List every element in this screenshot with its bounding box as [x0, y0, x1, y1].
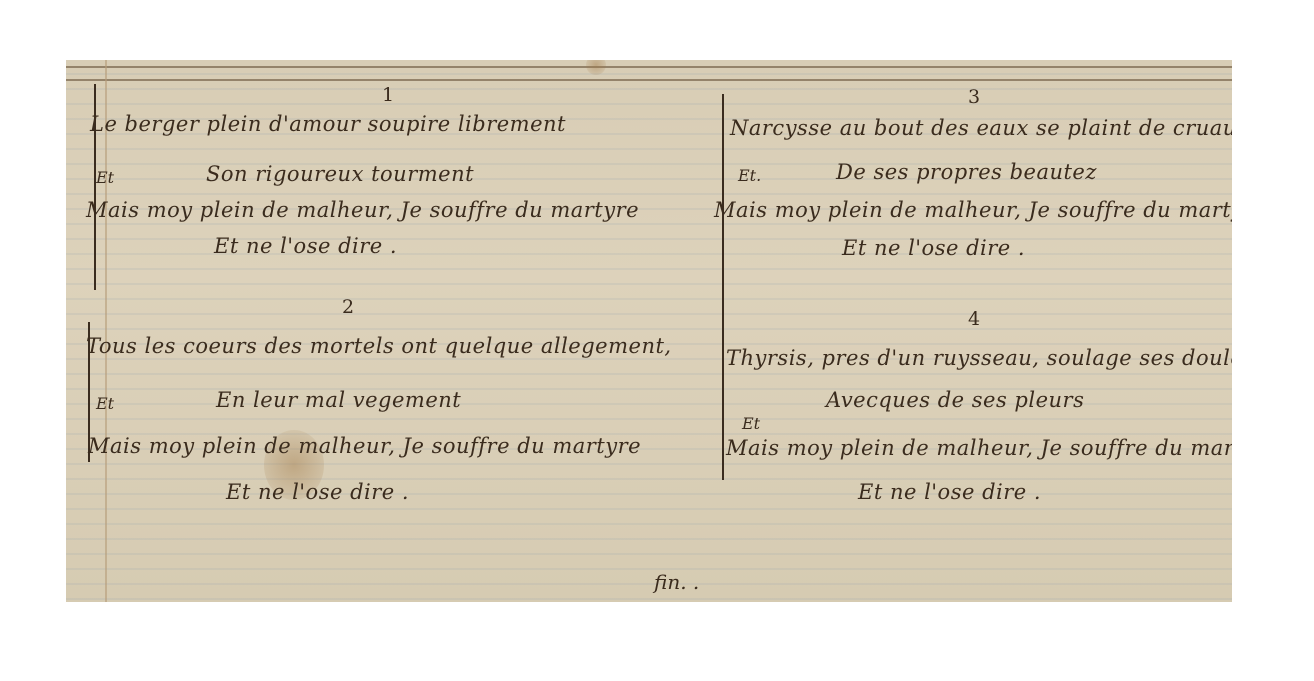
stanza-line: Tous les coeurs des mortels ont quelque … [86, 334, 672, 358]
stanza-line: Mais moy plein de malheur, Je souffre du… [726, 436, 1232, 460]
stanza-line: Et ne l'ose dire . [214, 234, 397, 258]
stanza-line: Mais moy plein de malheur, Je souffre du… [88, 434, 641, 458]
stanza-line: Et ne l'ose dire . [226, 480, 409, 504]
refrain-marker: Et. [738, 166, 761, 185]
manuscript-page: 1 Le berger plein d'amour soupire librem… [66, 60, 1232, 602]
stanza-line: Narcysse au bout des eaux se plaint de c… [730, 116, 1232, 140]
stanza-number: 4 [968, 308, 980, 330]
ruled-line [66, 66, 1232, 68]
paper-fold [105, 60, 107, 602]
stanza-number: 1 [382, 84, 394, 106]
stanza-line: Mais moy plein de malheur, Je souffre du… [86, 198, 639, 222]
stanza-line: De ses propres beautez [836, 160, 1097, 184]
stanza-line: Le berger plein d'amour soupire libremen… [90, 112, 566, 136]
closing-fin: fin. . [654, 570, 699, 594]
stanza-number: 2 [342, 296, 354, 318]
stanza-line: En leur mal vegement [216, 388, 461, 412]
stanza-line: Thyrsis, pres d'un ruysseau, soulage ses… [726, 346, 1232, 370]
stanza-line: Avecques de ses pleurs [826, 388, 1084, 412]
stanza-bar [722, 94, 724, 480]
ink-stain [586, 60, 606, 75]
stanza-number: 3 [968, 86, 980, 108]
refrain-marker: Et [96, 394, 114, 413]
stanza-line: Son rigoureux tourment [206, 162, 474, 186]
ruled-line [66, 79, 1232, 81]
stanza-line: Mais moy plein de malheur, Je souffre du… [714, 198, 1232, 222]
refrain-marker: Et [742, 414, 760, 433]
refrain-marker: Et [96, 168, 114, 187]
stanza-line: Et ne l'ose dire . [858, 480, 1041, 504]
stanza-line: Et ne l'ose dire . [842, 236, 1025, 260]
